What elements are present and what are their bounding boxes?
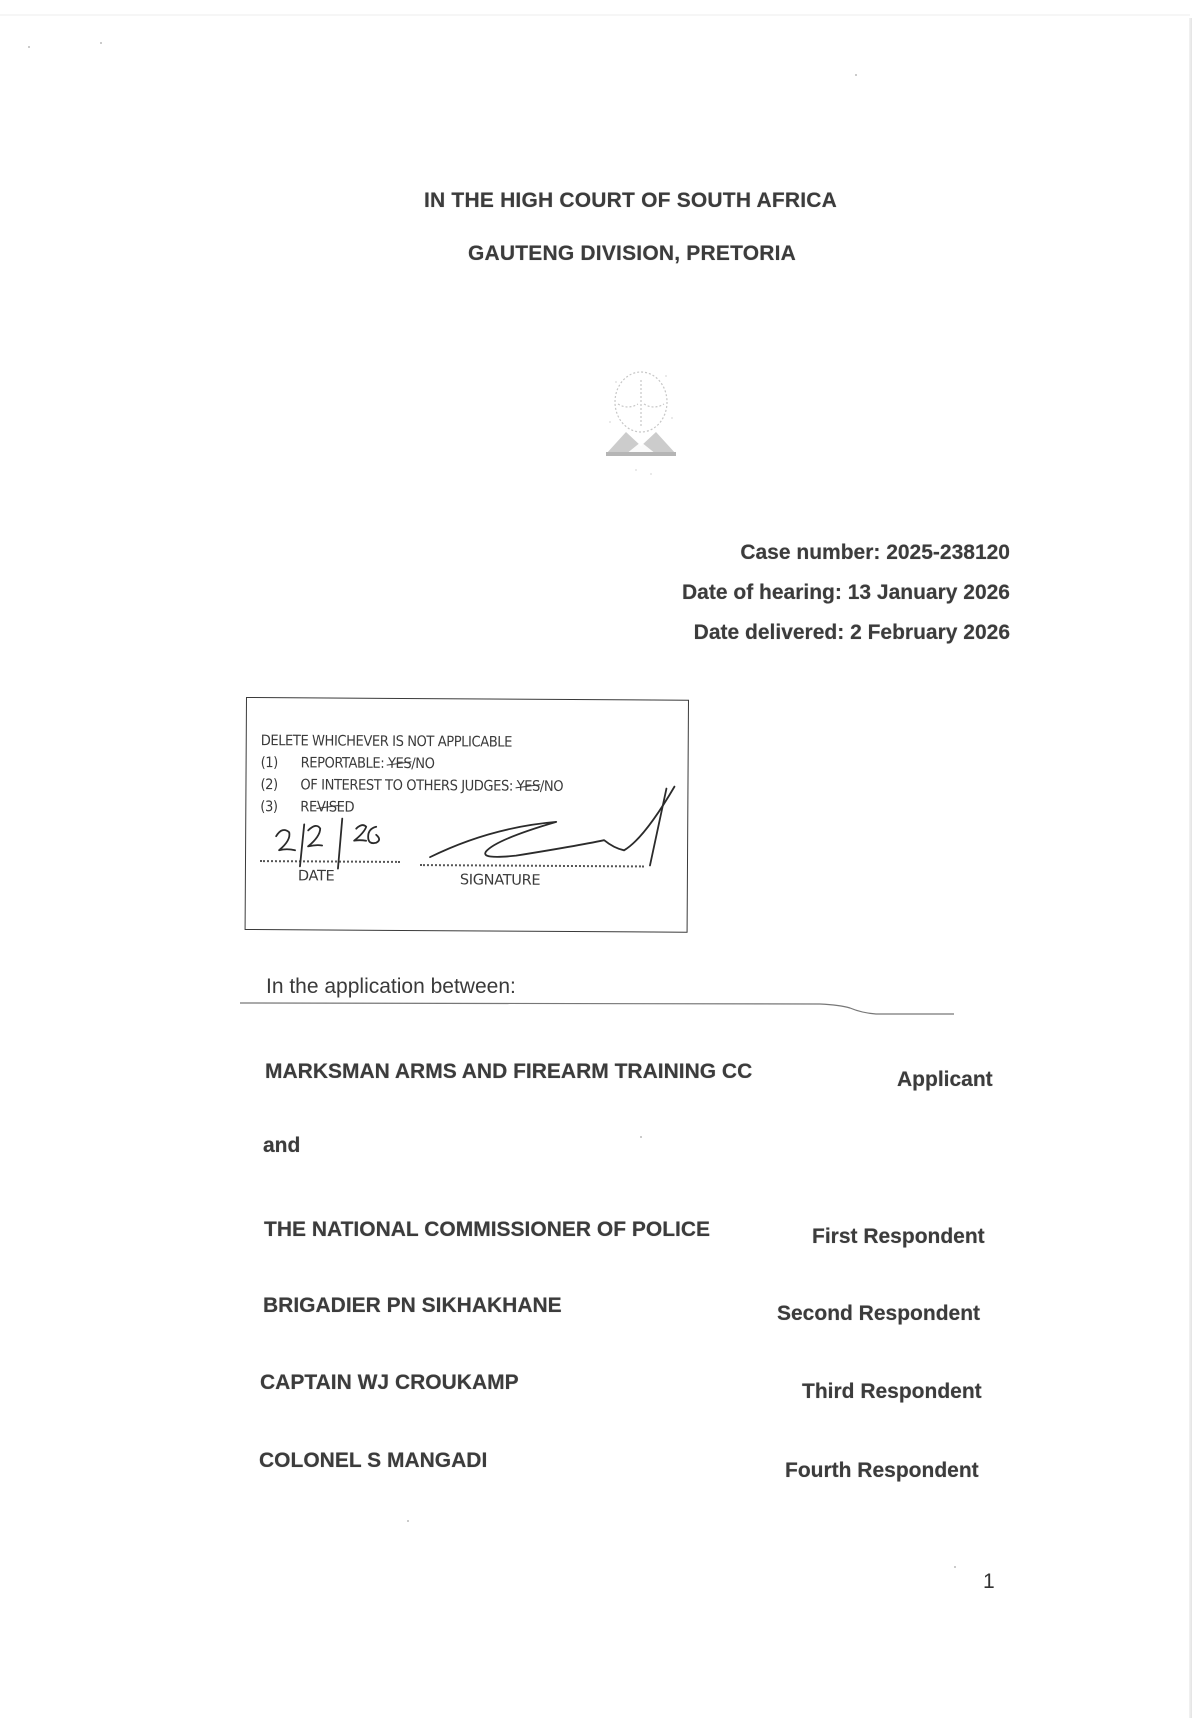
page-number: 1	[983, 1570, 995, 1594]
conjunction-and: and	[263, 1134, 300, 1158]
stamp-item-interest: (2)OF INTEREST TO OTHERS JUDGES: YES/NO	[260, 774, 563, 798]
signature-dotted-line	[420, 864, 644, 867]
stamp-text: DELETE WHICHEVER IS NOT APPLICABLE (1)RE…	[260, 730, 563, 820]
party-name-applicant: MARKSMAN ARMS AND FIREARM TRAINING CC	[265, 1060, 752, 1084]
struck-vis: VIS	[317, 796, 337, 818]
date-dotted-line	[260, 860, 400, 863]
application-intro: In the application between:	[266, 975, 516, 999]
date-of-hearing: Date of hearing: 13 January 2026	[682, 573, 1010, 613]
party-name-fourth-respondent: COLONEL S MANGADI	[259, 1449, 487, 1473]
scan-speck	[100, 42, 102, 44]
struck-yes: YES	[517, 776, 540, 798]
party-name-third-respondent: CAPTAIN WJ CROUKAMP	[260, 1371, 519, 1395]
court-division: GAUTENG DIVISION, PRETORIA	[468, 242, 796, 266]
party-role-first-respondent: First Respondent	[812, 1225, 985, 1249]
date-delivered: Date delivered: 2 February 2026	[682, 613, 1010, 653]
party-role-second-respondent: Second Respondent	[777, 1302, 980, 1326]
scan-speck	[954, 1566, 956, 1568]
stamp-item-revised: (3)REVISED	[260, 796, 563, 820]
intro-underline	[240, 1000, 954, 1020]
stamp-item-reportable: (1)REPORTABLE: YES/NO	[261, 752, 564, 776]
signature-label: SIGNATURE	[460, 872, 540, 888]
struck-yes: YES	[388, 753, 411, 775]
scan-speck	[855, 74, 857, 76]
court-crest-icon	[596, 362, 686, 480]
party-name-second-respondent: BRIGADIER PN SIKHAKHANE	[263, 1294, 562, 1318]
party-role-applicant: Applicant	[897, 1068, 993, 1092]
court-title: IN THE HIGH COURT OF SOUTH AFRICA	[424, 189, 837, 213]
scan-speck	[28, 46, 30, 48]
scan-top-edge	[0, 14, 1190, 16]
date-label: DATE	[298, 868, 335, 884]
stamp-heading: DELETE WHICHEVER IS NOT APPLICABLE	[261, 730, 564, 754]
party-role-third-respondent: Third Respondent	[802, 1380, 982, 1404]
scan-speck	[640, 1136, 642, 1138]
case-info: Case number: 2025-238120 Date of hearing…	[682, 533, 1010, 653]
case-number: Case number: 2025-238120	[682, 533, 1010, 573]
party-name-first-respondent: THE NATIONAL COMMISSIONER OF POLICE	[264, 1218, 710, 1242]
scan-right-edge	[1189, 18, 1192, 1718]
party-role-fourth-respondent: Fourth Respondent	[785, 1459, 979, 1483]
scan-speck	[407, 1520, 409, 1522]
reportability-stamp: DELETE WHICHEVER IS NOT APPLICABLE (1)RE…	[245, 697, 689, 933]
